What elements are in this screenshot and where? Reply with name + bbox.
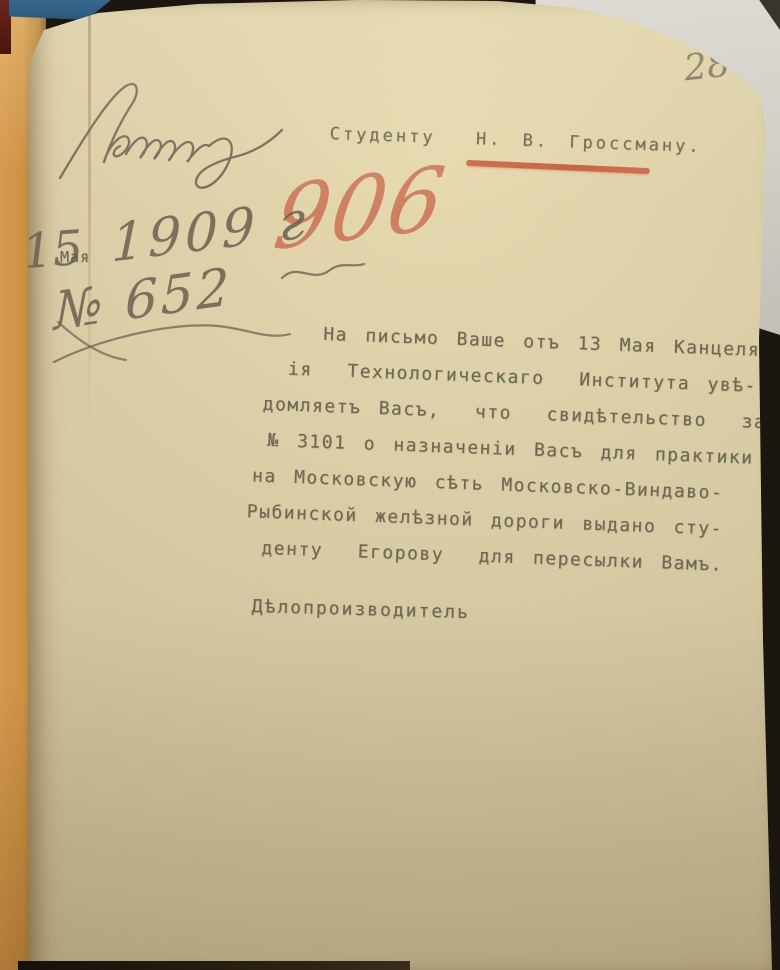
archival-photo: 28 Студенту Н. В. Гроссману. 906 15 Мая … [0,0,780,970]
closing-title: Дѣлопроизводитель [251,596,470,623]
date-month-stamp: Мая [60,248,90,266]
recipient-line: Студенту Н. В. Гроссману. [329,124,702,157]
year-swash-stroke [278,258,368,288]
red-underline [466,160,650,174]
handwritten-signature [46,74,306,199]
document-page: 28 Студенту Н. В. Гроссману. 906 15 Мая … [28,0,776,970]
letter-body: На письмо Ваше отъ 13 Мая Канцеляр- ія Т… [237,314,780,586]
desk-shadow-strip [18,961,410,970]
